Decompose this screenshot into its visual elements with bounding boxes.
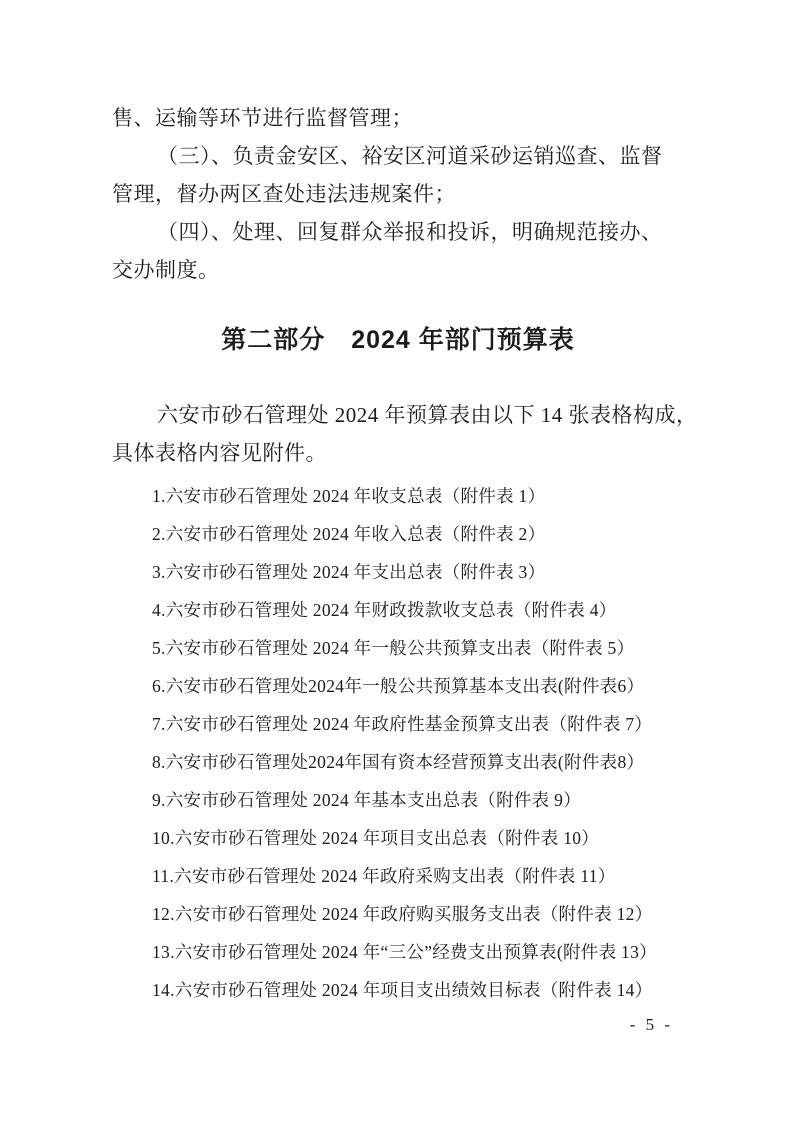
body-text-line: 售、运输等环节进行监督管理； xyxy=(112,99,684,137)
body-text-line: 管理，督办两区查处违法违规案件； xyxy=(112,175,684,213)
table-list-item: 14.六安市砂石管理处 2024 年项目支出绩效目标表（附件表 14） xyxy=(152,971,684,1009)
intro-line: 六安市砂石管理处 2024 年预算表由以下 14 张表格构成， xyxy=(112,396,684,434)
intro-line: 具体表格内容见附件。 xyxy=(112,434,684,472)
table-list-item: 9.六安市砂石管理处 2024 年基本支出总表（附件表 9） xyxy=(152,781,684,819)
table-list-item: 1.六安市砂石管理处 2024 年收支总表（附件表 1） xyxy=(152,477,684,515)
top-paragraph: 售、运输等环节进行监督管理； （三）、负责金安区、裕安区河道采砂运销巡查、监督 … xyxy=(112,99,684,289)
table-list-item: 11.六安市砂石管理处 2024 年政府采购支出表（附件表 11） xyxy=(152,857,684,895)
intro-paragraph: 六安市砂石管理处 2024 年预算表由以下 14 张表格构成， 具体表格内容见附… xyxy=(112,396,684,472)
table-list-item: 12.六安市砂石管理处 2024 年政府购买服务支出表（附件表 12） xyxy=(152,895,684,933)
budget-table-list: 1.六安市砂石管理处 2024 年收支总表（附件表 1） 2.六安市砂石管理处 … xyxy=(112,477,684,1009)
table-list-item: 5.六安市砂石管理处 2024 年一般公共预算支出表（附件表 5） xyxy=(152,629,684,667)
table-list-item: 2.六安市砂石管理处 2024 年收入总表（附件表 2） xyxy=(152,515,684,553)
table-list-item: 3.六安市砂石管理处 2024 年支出总表（附件表 3） xyxy=(152,553,684,591)
body-text-line: （四）、处理、回复群众举报和投诉，明确规范接办、 xyxy=(112,213,684,251)
body-text-line: 交办制度。 xyxy=(112,251,684,289)
page-number: - 5 - xyxy=(630,1013,673,1037)
table-list-item: 10.六安市砂石管理处 2024 年项目支出总表（附件表 10） xyxy=(152,819,684,857)
table-list-item: 7.六安市砂石管理处 2024 年政府性基金预算支出表（附件表 7） xyxy=(152,705,684,743)
document-page: 售、运输等环节进行监督管理； （三）、负责金安区、裕安区河道采砂运销巡查、监督 … xyxy=(0,0,793,1122)
body-text-line: （三）、负责金安区、裕安区河道采砂运销巡查、监督 xyxy=(112,137,684,175)
section-heading: 第二部分 2024 年部门预算表 xyxy=(112,321,684,359)
table-list-item: 6.六安市砂石管理处2024年一般公共预算基本支出表(附件表6） xyxy=(152,667,684,705)
document-content: 售、运输等环节进行监督管理； （三）、负责金安区、裕安区河道采砂运销巡查、监督 … xyxy=(112,99,684,1009)
table-list-item: 4.六安市砂石管理处 2024 年财政拨款收支总表（附件表 4） xyxy=(152,591,684,629)
table-list-item: 13.六安市砂石管理处 2024 年“三公”经费支出预算表(附件表 13） xyxy=(152,933,684,971)
table-list-item: 8.六安市砂石管理处2024年国有资本经营预算支出表(附件表8） xyxy=(152,743,684,781)
